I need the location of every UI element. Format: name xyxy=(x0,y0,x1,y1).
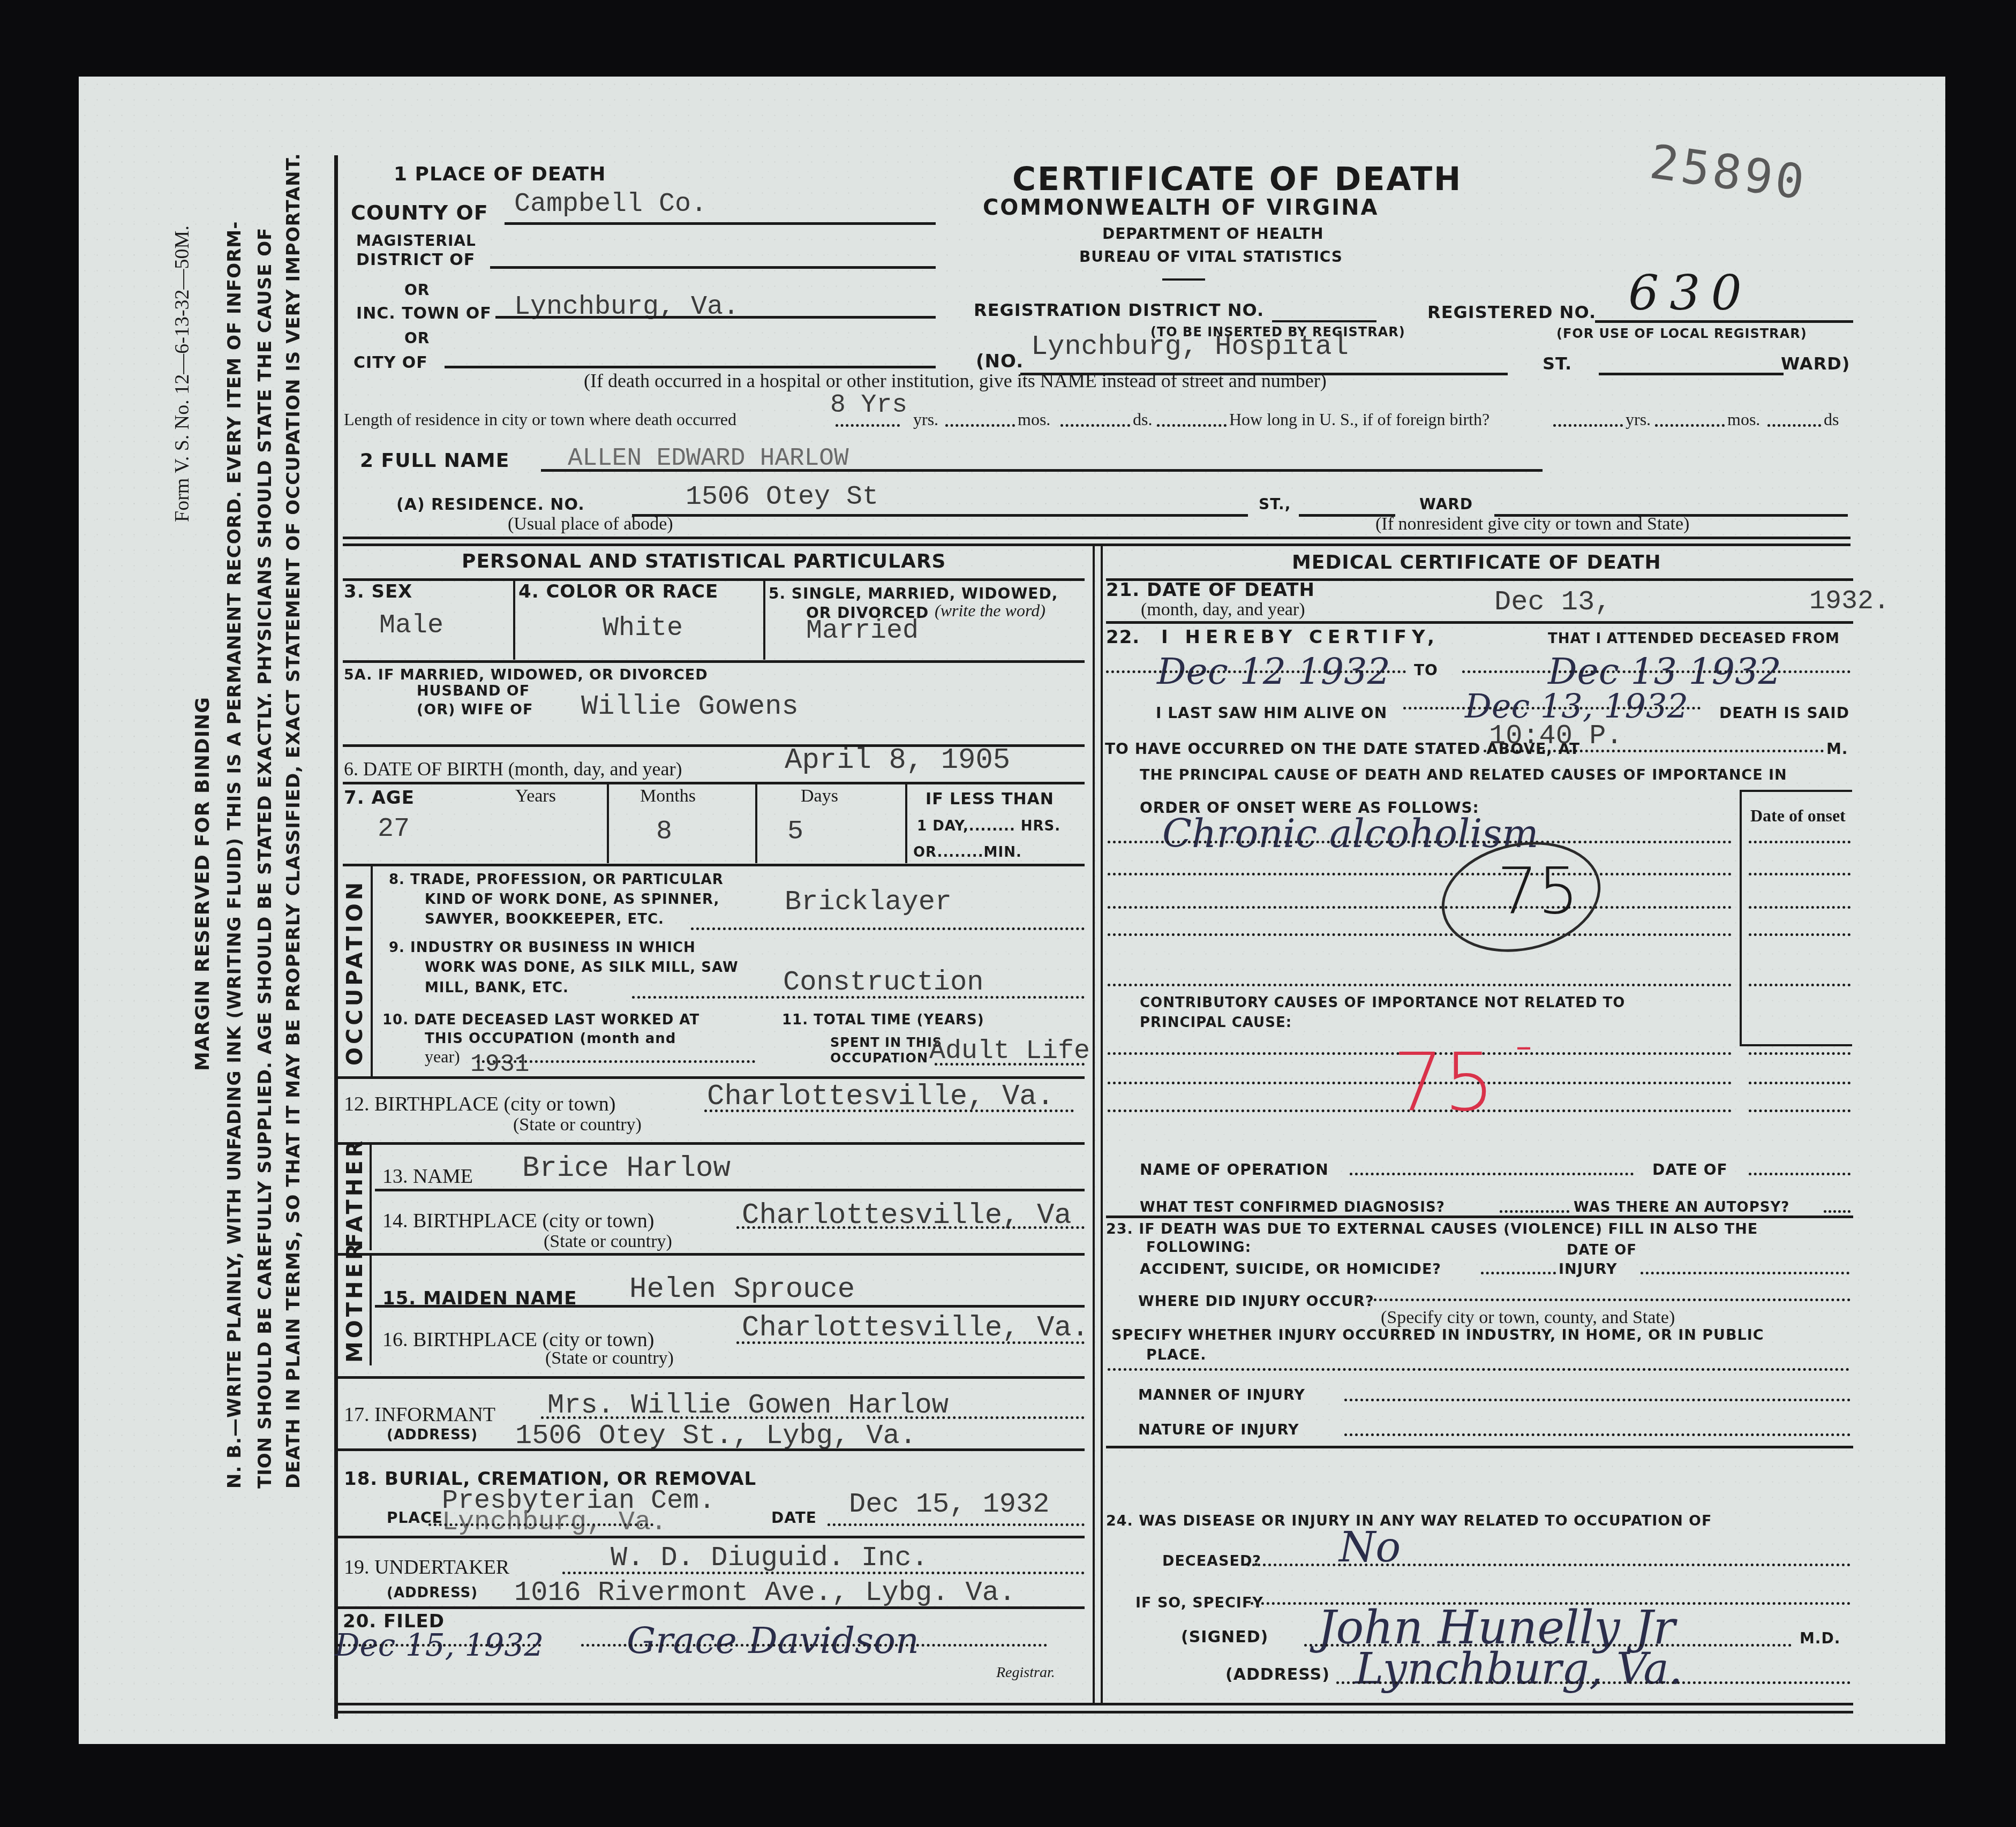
time-field[interactable]: 10:40 P. xyxy=(1489,720,1623,752)
margin-binding-note: MARGIN RESERVED FOR BINDING xyxy=(192,697,214,1071)
burial-place-field-2[interactable]: Lynchburg, Va. xyxy=(442,1507,667,1538)
industry-label-3: MILL, BANK, ETC. xyxy=(425,980,569,996)
specify-label: SPECIFY WHETHER INJURY OCCURRED IN INDUS… xyxy=(1111,1327,1764,1343)
age-years-field[interactable]: 27 xyxy=(378,814,410,844)
full-name-label: 2 FULL NAME xyxy=(360,450,509,472)
occupational-label-2: DECEASED? xyxy=(1162,1553,1261,1569)
margin-instructions-line3: DEATH IN PLAIN TERMS, SO THAT IT MAY BE … xyxy=(283,153,304,1489)
registrar-signature[interactable]: Grace Davidson xyxy=(627,1620,919,1662)
registrar-label: Registrar. xyxy=(996,1664,1055,1681)
date-of-death-field[interactable]: Dec 13, xyxy=(1494,586,1611,618)
sex-label: 3. SEX xyxy=(344,581,412,602)
informant-label: 17. INFORMANT xyxy=(344,1403,495,1426)
specify-label-2: PLACE. xyxy=(1146,1347,1206,1363)
if-so-label: IF SO, SPECIFY xyxy=(1135,1595,1263,1611)
burial-date-label: DATE xyxy=(771,1509,817,1527)
registered-no-label: REGISTERED NO. xyxy=(1427,302,1596,322)
last-saw-label: I LAST SAW HIM ALIVE ON xyxy=(1156,704,1387,722)
undertaker-address-field[interactable]: 1016 Rivermont Ave., Lybg. Va. xyxy=(514,1577,1015,1609)
total-time-label-2: SPENT IN THIS xyxy=(830,1035,942,1050)
registered-no-field[interactable]: 630 xyxy=(1628,265,1752,321)
certificate-title: CERTIFICATE OF DEATH xyxy=(1012,161,1462,198)
residence-length-field[interactable]: 8 Yrs xyxy=(830,391,907,420)
certify-number: 22. xyxy=(1106,626,1140,648)
physician-address-field[interactable]: Lynchburg, Va. xyxy=(1355,1644,1682,1694)
to-label: TO xyxy=(1414,661,1438,679)
burial-date-field[interactable]: Dec 15, 1932 xyxy=(849,1489,1049,1520)
spouse-field[interactable]: Willie Gowens xyxy=(581,691,799,722)
mos-label: mos. xyxy=(1018,410,1050,429)
residence-length-label: Length of residence in city or town wher… xyxy=(344,410,736,429)
date-of-death-label: 21. DATE OF DEATH xyxy=(1106,579,1315,601)
institution-field[interactable]: Lynchburg, Hospital xyxy=(1031,331,1349,363)
contributory-label-2: PRINCIPAL CAUSE: xyxy=(1140,1015,1292,1031)
city-label: CITY OF xyxy=(353,353,428,372)
industry-field[interactable]: Construction xyxy=(783,967,983,998)
days-label: Days xyxy=(801,786,838,806)
ds-label-2: ds xyxy=(1824,410,1839,429)
injury-date-label: DATE OF xyxy=(1567,1242,1637,1258)
m-label: M. xyxy=(1826,740,1848,758)
principal-cause-field[interactable]: Chronic alcoholism xyxy=(1162,811,1538,856)
operation-label: NAME OF OPERATION xyxy=(1140,1161,1329,1179)
form-number: Form V. S. No. 12—6-13-32—50M. xyxy=(170,225,194,522)
bureau-title: BUREAU OF VITAL STATISTICS xyxy=(1079,248,1343,266)
total-time-label-3: OCCUPATION xyxy=(830,1051,928,1066)
trade-label: 8. TRADE, PROFESSION, OR PARTICULAR xyxy=(389,872,724,888)
principal-cause-label: THE PRINCIPAL CAUSE OF DEATH AND RELATED… xyxy=(1140,767,1787,783)
ward-label: WARD) xyxy=(1781,353,1850,374)
sex-field[interactable]: Male xyxy=(379,610,443,641)
last-worked-label: 10. DATE DECEASED LAST WORKED AT xyxy=(382,1012,699,1028)
residence-street-label: ST., xyxy=(1259,495,1291,513)
father-name-field[interactable]: Brice Harlow xyxy=(522,1152,731,1185)
age-months-field[interactable]: 8 xyxy=(656,817,672,847)
county-label: COUNTY OF xyxy=(351,201,488,224)
dob-label: 6. DATE OF BIRTH (month, day, and year) xyxy=(344,758,682,780)
physician-address-label: (ADDRESS) xyxy=(1225,1665,1330,1684)
certify-label: I HEREBY CERTIFY, xyxy=(1161,626,1440,648)
yrs-label-2: yrs. xyxy=(1626,410,1651,429)
where-injury-sub: (Specify city or town, county, and State… xyxy=(1381,1308,1675,1328)
dob-field[interactable]: April 8, 1905 xyxy=(785,744,1010,777)
magisterial-label: MAGISTERIAL xyxy=(356,232,476,250)
occupational-label: 24. WAS DISEASE OR INJURY IN ANY WAY REL… xyxy=(1106,1513,1712,1529)
residence-field[interactable]: 1506 Otey St xyxy=(686,482,878,512)
red-code-value: 75 xyxy=(1393,1036,1495,1129)
trade-label-3: SAWYER, BOOKKEEPER, ETC. xyxy=(425,911,664,927)
date-of-death-sub: (month, day, and year) xyxy=(1141,600,1305,620)
street-no-label: (NO. xyxy=(976,351,1024,372)
personal-heading: PERSONAL AND STATISTICAL PARTICULARS xyxy=(462,550,946,572)
manner-label: MANNER OF INJURY xyxy=(1138,1387,1305,1403)
last-worked-label-2: THIS OCCUPATION (month and xyxy=(425,1031,676,1047)
contributory-label: CONTRIBUTORY CAUSES OF IMPORTANCE NOT RE… xyxy=(1140,995,1625,1011)
test-confirmed-label: WHAT TEST CONFIRMED DIAGNOSIS? xyxy=(1140,1199,1445,1216)
or-label: OR xyxy=(404,281,430,299)
mother-birthplace-field[interactable]: Charlottesville, Va. xyxy=(742,1312,1089,1345)
red-dash: – xyxy=(1516,1028,1532,1066)
divider xyxy=(1162,278,1205,281)
mother-side-label: MOTHER xyxy=(343,1240,367,1363)
department-title: DEPARTMENT OF HEALTH xyxy=(1102,225,1323,243)
full-name-field[interactable]: ALLEN EDWARD HARLOW xyxy=(568,444,849,472)
less-than-label: IF LESS THAN xyxy=(926,790,1054,809)
father-birthplace-sub: (State or country) xyxy=(544,1232,672,1252)
abode-note: (Usual place of abode) xyxy=(508,514,673,534)
registration-district-label: REGISTRATION DISTRICT NO. xyxy=(974,300,1264,320)
years-label: Years xyxy=(515,786,556,806)
external-causes-label: 23. IF DEATH WAS DUE TO EXTERNAL CAUSES … xyxy=(1106,1221,1758,1237)
where-injury-label: WHERE DID INJURY OCCUR? xyxy=(1138,1293,1374,1310)
death-is-said-label: DEATH IS SAID xyxy=(1719,704,1849,722)
autopsy-label: WAS THERE AN AUTOPSY? xyxy=(1574,1199,1789,1216)
external-causes-label-2: FOLLOWING: xyxy=(1146,1240,1251,1256)
marital-field[interactable]: Married xyxy=(806,616,919,646)
registered-no-note: (FOR USE OF LOCAL REGISTRAR) xyxy=(1556,326,1807,341)
mos-label-2: mos. xyxy=(1727,410,1760,429)
marital-hint: (write the word) xyxy=(935,601,1045,621)
place-of-death-label: 1 PLACE OF DEATH xyxy=(394,163,606,185)
age-days-field[interactable]: 5 xyxy=(787,817,803,847)
nature-label: NATURE OF INJURY xyxy=(1138,1422,1299,1438)
trade-label-2: KIND OF WORK DONE, AS SPINNER, xyxy=(425,892,719,908)
date-of-onset-label: Date of onset xyxy=(1750,806,1846,826)
trade-field[interactable]: Bricklayer xyxy=(785,886,952,918)
accident-label: ACCIDENT, SUICIDE, OR HOMICIDE? xyxy=(1140,1261,1441,1278)
nonresident-note: (If nonresident give city or town and St… xyxy=(1375,514,1689,534)
town-label: INC. TOWN OF xyxy=(356,304,492,323)
yrs-label: yrs. xyxy=(913,410,938,429)
residence-ward-label: WARD xyxy=(1419,495,1473,513)
spouse-label: 5A. IF MARRIED, WIDOWED, OR DIVORCED xyxy=(344,667,708,683)
months-label: Months xyxy=(640,786,696,806)
spouse-label-2: HUSBAND OF xyxy=(417,683,530,699)
undertaker-field[interactable]: W. D. Diuguid. Inc. xyxy=(611,1542,928,1574)
certify-rest: THAT I ATTENDED DECEASED FROM xyxy=(1548,631,1840,647)
or-label-2: OR xyxy=(404,329,430,347)
signed-label: (SIGNED) xyxy=(1181,1628,1268,1647)
race-label: 4. COLOR OR RACE xyxy=(518,581,718,602)
county-field[interactable]: Campbell Co. xyxy=(514,189,707,220)
informant-address-field[interactable]: 1506 Otey St., Lybg, Va. xyxy=(515,1420,916,1452)
form-border xyxy=(334,155,338,1719)
undertaker-address-label: (ADDRESS) xyxy=(387,1585,478,1601)
ds-label: ds. xyxy=(1133,410,1152,429)
race-field[interactable]: White xyxy=(603,613,683,644)
less-than-min: OR........MIN. xyxy=(913,844,1022,860)
date-of-death-year[interactable]: 1932. xyxy=(1809,586,1890,617)
age-label: 7. AGE xyxy=(344,787,415,809)
district-label: DISTRICT OF xyxy=(356,251,475,269)
residence-label: (A) RESIDENCE. NO. xyxy=(396,495,585,514)
last-worked-field[interactable]: 1931 xyxy=(470,1051,529,1078)
mother-name-field[interactable]: Helen Sprouce xyxy=(629,1273,855,1306)
medical-heading: MEDICAL CERTIFICATE OF DEATH xyxy=(1292,552,1661,573)
birthplace-sub: (State or country) xyxy=(513,1115,642,1135)
md-label: M.D. xyxy=(1800,1629,1840,1647)
marital-label: 5. SINGLE, MARRIED, WIDOWED, xyxy=(769,585,1058,602)
birthplace-field[interactable]: Charlottesville, Va. xyxy=(707,1081,1054,1113)
less-than-hrs: 1 DAY,........ HRS. xyxy=(917,818,1060,834)
mother-birthplace-sub: (State or country) xyxy=(545,1348,674,1369)
injury-label: INJURY xyxy=(1559,1261,1617,1278)
street-label: ST. xyxy=(1543,353,1572,374)
industry-label: 9. INDUSTRY OR BUSINESS IN WHICH xyxy=(389,940,696,956)
foreign-birth-label: How long in U. S., if of foreign birth? xyxy=(1229,410,1490,429)
father-name-label: 13. NAME xyxy=(382,1165,473,1188)
occupation-side-label: OCCUPATION xyxy=(343,879,367,1066)
operation-date-label: DATE OF xyxy=(1652,1161,1728,1179)
father-side-label: FATHER xyxy=(343,1138,367,1248)
birthplace-label: 12. BIRTHPLACE (city or town) xyxy=(344,1092,616,1116)
industry-label-2: WORK WAS DONE, AS SILK MILL, SAW xyxy=(425,960,739,976)
informant-address-label: (ADDRESS) xyxy=(387,1427,478,1443)
undertaker-label: 19. UNDERTAKER xyxy=(344,1556,509,1579)
last-worked-label-3: year) xyxy=(425,1047,460,1067)
circled-code-value: 75 xyxy=(1497,854,1579,928)
margin-instructions-line2: TION SHOULD BE CAREFULLY SUPPLIED. AGE S… xyxy=(254,228,276,1489)
total-time-field[interactable]: Adult Life xyxy=(929,1036,1090,1067)
spouse-label-3: (OR) WIFE OF xyxy=(417,701,533,718)
margin-instructions-line1: N. B.—WRITE PLAINLY, WITH UNFADING INK (… xyxy=(224,221,245,1489)
total-time-label: 11. TOTAL TIME (YEARS) xyxy=(782,1012,984,1028)
commonwealth-title: COMMONWEALTH OF VIRGINA xyxy=(983,195,1379,220)
father-birthplace-label: 14. BIRTHPLACE (city or town) xyxy=(382,1209,655,1233)
